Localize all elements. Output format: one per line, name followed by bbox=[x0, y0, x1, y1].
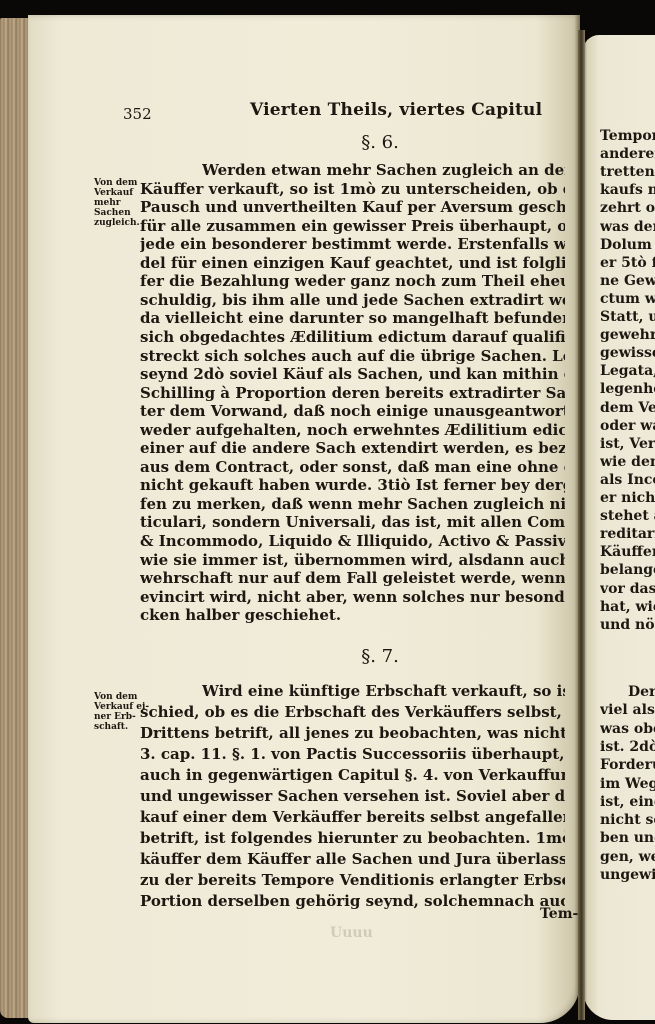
right-page-line: hat, wiea bbox=[600, 598, 655, 618]
right-page-line: er 5tò für bbox=[600, 254, 655, 274]
right-page-line: zehrt ode bbox=[600, 199, 655, 219]
right-page-line: ungewiß, bbox=[600, 866, 655, 886]
right-page-line: Legata, bbox=[600, 362, 655, 382]
right-page-line: ist, eine bbox=[600, 793, 655, 813]
section-heading: §. 6. bbox=[0, 132, 655, 153]
text-line: zu der bereits Tempore Venditionis erlan… bbox=[140, 870, 565, 892]
right-page-line: nicht schu bbox=[600, 811, 655, 831]
right-page-line: ben und v bbox=[600, 829, 655, 849]
right-page-line: oder was bbox=[600, 417, 655, 437]
text-line: kauf einer dem Verkäuffer bereits selbst… bbox=[140, 807, 565, 829]
text-line: auch in gegenwärtigen Capitul §. 4. von … bbox=[140, 765, 565, 787]
text-line: Wird eine künftige Erbschaft verkauft, s… bbox=[202, 681, 565, 703]
page-number: 352 bbox=[123, 105, 152, 123]
right-page-line: gen, wel bbox=[600, 848, 655, 868]
right-page-line: kaufs nic bbox=[600, 181, 655, 201]
text-line: cken halber geschiehet. bbox=[140, 605, 565, 627]
right-page-line: gewehrt, bbox=[600, 326, 655, 346]
right-page-line: er nicht n bbox=[600, 489, 655, 509]
right-page-line: wie demn bbox=[600, 453, 655, 473]
right-page-line: viel als ei bbox=[600, 701, 655, 721]
text-line: betrift, ist folgendes hierunter zu beob… bbox=[140, 828, 565, 850]
right-page-line: reditariis bbox=[600, 525, 655, 545]
right-page-line: Statt, u bbox=[600, 308, 655, 328]
right-page-line: Der bbox=[628, 683, 655, 703]
right-page-line: belangen bbox=[600, 561, 655, 581]
right-page-line: als Incon bbox=[600, 471, 655, 491]
text-line: 3. cap. 11. §. 1. von Pactis Successorii… bbox=[140, 744, 565, 766]
text-line: und ungewisser Sachen versehen ist. Sovi… bbox=[140, 786, 565, 808]
text-line: käuffer dem Käuffer alle Sachen und Jura… bbox=[140, 849, 565, 871]
right-page-line: dem Verk bbox=[600, 399, 655, 419]
right-page-line: tretten, bbox=[600, 163, 655, 183]
text-line: schied, ob es die Erbschaft des Verkäuff… bbox=[140, 702, 565, 724]
right-page-line: legenheit bbox=[600, 380, 655, 400]
right-page-line: vor das, bbox=[600, 580, 655, 600]
right-page-line: und nöthi bbox=[600, 616, 655, 636]
right-page-line: Käuffer o bbox=[600, 543, 655, 563]
section-heading: §. 7. bbox=[0, 646, 655, 667]
catchword: Tem- bbox=[540, 906, 578, 922]
right-page-line: ne Gew bbox=[600, 272, 655, 292]
right-page-line: stehet auc bbox=[600, 507, 655, 527]
right-page-line: ist. 2dò H bbox=[600, 738, 655, 758]
right-page-line: ist, Verk bbox=[600, 435, 655, 455]
right-page-line: was oben bbox=[600, 720, 655, 740]
book-page-edges bbox=[0, 18, 30, 1018]
right-page-line: ctum we bbox=[600, 290, 655, 310]
right-page-line: Dolum bbox=[600, 236, 655, 256]
text-line: Drittens betrift, all jenes zu beobachte… bbox=[140, 723, 565, 745]
signature-mark-bleedthrough: Uuuu bbox=[330, 925, 373, 941]
text-line: Portion derselben gehörig seynd, solchem… bbox=[140, 891, 565, 913]
right-page-line: Tempor bbox=[600, 127, 655, 147]
right-page-line: im Weg bbox=[600, 775, 655, 795]
running-head: Vierten Theils, viertes Capitul bbox=[250, 100, 542, 120]
right-page-line: gewisset i bbox=[600, 344, 655, 364]
right-page-line: Forderung bbox=[600, 756, 655, 776]
right-page-line: was der bbox=[600, 218, 655, 238]
book-gutter bbox=[578, 30, 585, 1020]
margin-note-line: Von dem bbox=[94, 692, 150, 702]
right-page-line: anderen, bbox=[600, 145, 655, 165]
